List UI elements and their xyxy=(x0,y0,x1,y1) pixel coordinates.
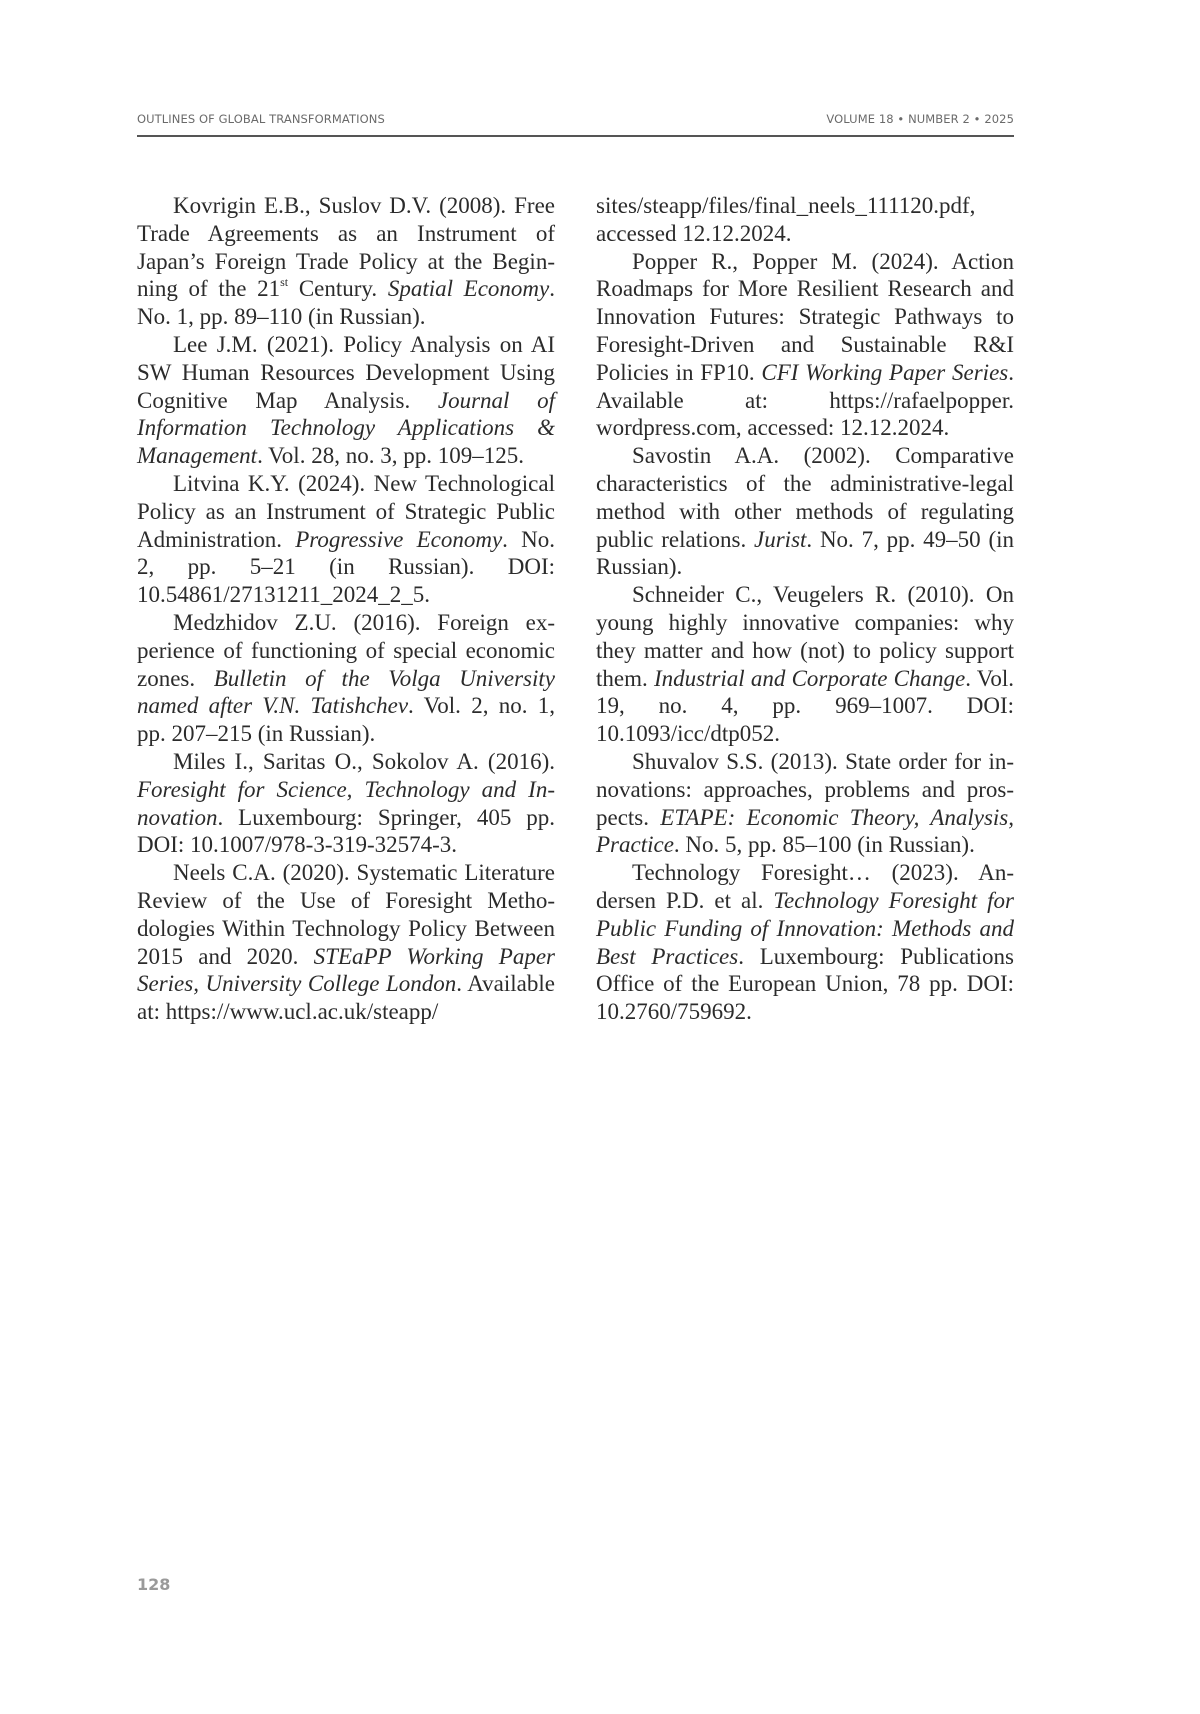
source-title: Industrial and Corpo­rate Change xyxy=(654,666,965,691)
source-title: Spatial Economy xyxy=(388,276,549,301)
source-title: Progressive Eco­nomy xyxy=(295,527,502,552)
source-title: Jurist xyxy=(754,527,806,552)
source-title: CFI Working Paper Series xyxy=(761,360,1008,385)
running-head: Outlines of Global Transformations Volum… xyxy=(137,112,1014,126)
reference-text: sites/steapp/files/final_neels_111120.pd… xyxy=(596,193,975,246)
reference-text: . Vol. 28, no. 3, pp. 109–125. xyxy=(257,443,524,468)
reference-entry: Neels C.A. (2020). Systematic Litera­tur… xyxy=(137,859,555,1026)
reference-entry: Lee J.M. (2021). Policy Analysis on AI S… xyxy=(137,331,555,470)
header-rule xyxy=(137,135,1014,137)
reference-entry: Kovrigin E.B., Suslov D.V. (2008). Free … xyxy=(137,192,555,331)
journal-page: Outlines of Global Transformations Volum… xyxy=(0,0,1200,1714)
right-column: sites/steapp/files/final_neels_111120.pd… xyxy=(596,192,1014,1026)
reference-entry-continued: sites/steapp/files/final_neels_111120.pd… xyxy=(596,192,1014,248)
page-number: 128 xyxy=(137,1575,170,1594)
reference-entry: Technology Foresight… (2023). An­dersen … xyxy=(596,859,1014,1026)
reference-entry: Medzhidov Z.U. (2016). Foreign ex­perien… xyxy=(137,609,555,748)
reference-entry: Shuvalov S.S. (2013). State order for in… xyxy=(596,748,1014,859)
journal-title: Outlines of Global Transformations xyxy=(137,112,385,126)
reference-entry: Litvina K.Y. (2024). New Technologi­cal … xyxy=(137,470,555,609)
reference-entry: Popper R., Popper M. (2024). Action Road… xyxy=(596,248,1014,443)
reference-text: Miles I., Saritas O., Sokolov A. (2016). xyxy=(173,749,555,774)
reference-entry: Miles I., Saritas O., Sokolov A. (2016).… xyxy=(137,748,555,859)
reference-entry: Schneider C., Veugelers R. (2010). On yo… xyxy=(596,581,1014,748)
superscript: st xyxy=(280,275,288,289)
reference-text: . No. 5, pp. 85–100 (in Russian). xyxy=(674,832,975,857)
references-body: Kovrigin E.B., Suslov D.V. (2008). Free … xyxy=(137,192,1014,1026)
reference-text: Century. xyxy=(288,276,388,301)
left-column: Kovrigin E.B., Suslov D.V. (2008). Free … xyxy=(137,192,555,1026)
reference-entry: Savostin A.A. (2002). Comparative charac… xyxy=(596,442,1014,581)
issue-info: Volume 18 • Number 2 • 2025 xyxy=(826,112,1014,126)
